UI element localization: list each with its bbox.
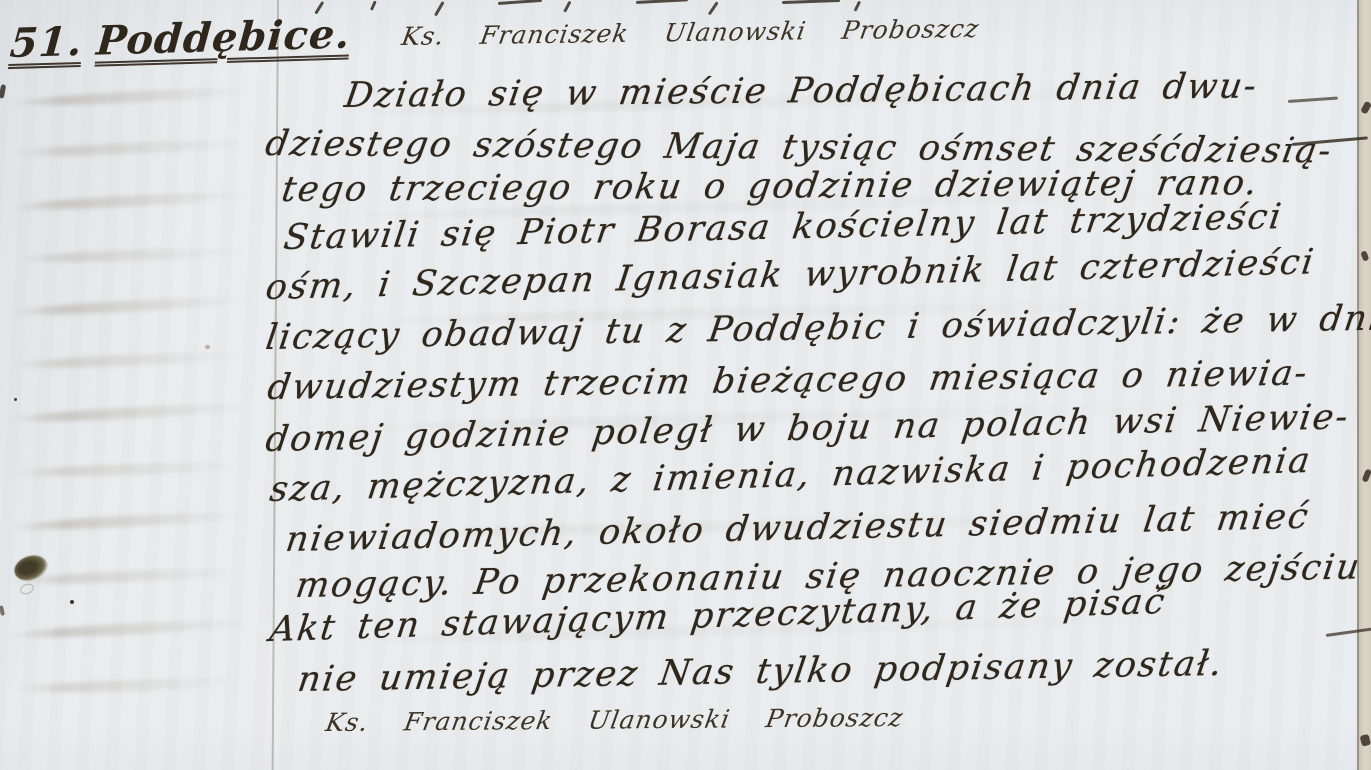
signature-surname: Ulanowski: [662, 16, 808, 47]
signature-surname: Ulanowski: [586, 704, 732, 734]
clergy-signature-bottom: Ks.FranciszekUlanowskiProboszcz: [324, 703, 906, 737]
signature-title-abbrev: Ks.: [324, 708, 371, 737]
dark-speck: [14, 398, 17, 401]
cut-off-ink-mark: [1360, 734, 1371, 747]
signature-title-abbrev: Ks.: [400, 21, 447, 51]
rust-speck: [205, 345, 210, 349]
dark-speck: [70, 600, 74, 604]
cut-off-ink-mark: [1360, 101, 1371, 115]
margin-header: 51.Poddębice.: [8, 10, 352, 67]
signature-first-name: Franciszek: [478, 19, 631, 50]
signature-first-name: Franciszek: [402, 706, 555, 736]
signature-role: Proboszcz: [840, 14, 982, 45]
cut-off-ink-mark: [1362, 468, 1371, 482]
page-fold-strip: [1357, 0, 1371, 770]
cut-off-ink-mark: [1360, 250, 1369, 261]
record-number: 51.: [8, 18, 84, 67]
signature-role: Proboszcz: [764, 703, 906, 733]
place-name: Poddębice.: [95, 10, 352, 64]
